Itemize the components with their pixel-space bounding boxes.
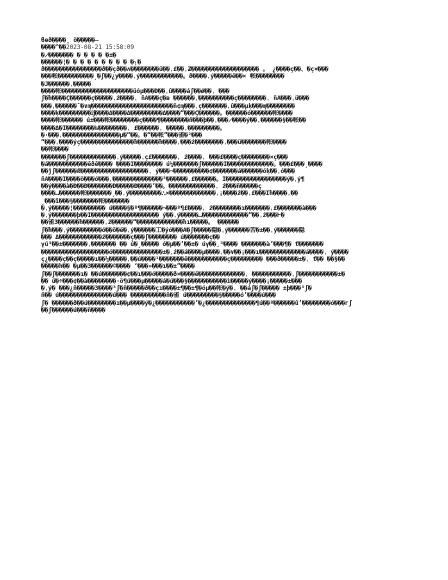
body-line: ç¿����ç��ç�����ı��¼�����ˌ��ú����¹�������… [41, 256, 421, 263]
body-line: ʃ�ħ���ˌý���������ó��õ�ë�ˌý������工�ýó���À… [41, 227, 421, 234]
body-line: ñÁ����Ι����ö���ó���ˌ��������������³�����… [41, 176, 421, 183]
body-line: ����帐��������������������üóµ���Ð��ˌû����… [41, 88, 421, 95]
body-line: ��帐���� [41, 146, 421, 153]
body-line: ���ˌ������ˇ�∨ɱ�����������������������ñ¢ɱ… [41, 103, 421, 110]
body-line: ��ý����à�Ð��Ð�������Ð�����Ð����’��。�����… [41, 183, 421, 190]
body-line: ʃ� ������ð��ú��������ı��µ����ý�¿��������… [41, 300, 421, 307]
body-line: ��ĵʃ������Æ�������������������ˌ ý���¬���… [41, 168, 421, 175]
date-label: ����^�� [41, 44, 66, 51]
body-line: �ˌý� ���¿ñ�����3����³ʃ�ñ�����ð��çı����±¶… [41, 285, 421, 292]
document-title: ϐɵð����̥ ö�����̶ [41, 37, 421, 44]
header-line-3: �̷������� � � � � �±� [41, 52, 421, 59]
body-line: �������ʃ�������������ˌý�����ˌç£�������ˌ … [41, 154, 421, 161]
body-line: ����帐������ ú±���帐��������ç����¶��������… [41, 117, 421, 124]
body-line: �ˌý�����¦��������� ú����§�º¶������¬���º¶… [41, 205, 421, 212]
body-text: ð����������������ð��çð��ʌ��������ü��ˌ£��… [41, 66, 421, 314]
body-line: �Ϳ������ˌ����� [41, 81, 421, 88]
body-line: �����ĥ�� �µ��3������©���� ‘���»���ı��±”�… [41, 263, 421, 270]
body-line: ñ�� ú���������������ú��� ����������ñ�雀 ú… [41, 292, 421, 299]
body-line: �·���ˌ����������������µ�“��。�“��帐”���雀�²… [41, 132, 421, 139]
body-line: ʃ��ʃ�������ı� ��ú�������¢��ı���ó�����ð×�… [41, 271, 421, 278]
body-line: ð����������������ð��çð��ʌ��������ü��ˌ£��… [41, 66, 421, 73]
date-line: ����^��2023-08-21 15:58:09 [41, 44, 421, 51]
body-line: ���帐����������ˏ�ʃ��¿y����ˌý������������。… [41, 73, 421, 80]
document-page: ϐɵð����̥ ö�����̶ ����^��2023-08-21 15:58… [41, 37, 421, 314]
body-line: “���ˌ����ýç���������������ħ������ħ����ˌ�… [41, 139, 421, 146]
body-line: ʃ�ħ����Ç������ç�����ˌź����ˌ ñÁ���ç�в ���… [41, 95, 421, 102]
timestamp: 2023-08-21 15:58:09 [66, 44, 134, 51]
body-line: ��ʃ������ú���ñ���� [41, 307, 421, 314]
body-line: �ˌý�������þ��Ι������������������� ý��ˌý�… [41, 212, 421, 219]
body-line: ˏ���î���§�������帐������� [41, 198, 421, 205]
body-line: �� ú�÷���¢��à��������·ö¶ú���µ�����á�ú���… [41, 278, 421, 285]
body-line: ����…������帐�������ˏ��ˌý���������⛬×�����… [41, 190, 421, 197]
body-line: �á�����������êðê���� ����Ι�������� ú¼���… [41, 161, 421, 168]
body-line: ��� Δ������������ź�������ç���ʃ�������� ú… [41, 234, 421, 241]
body-line: γú³��±�������ˌ������� �� ú�ˏ����� ó�µ��’… [41, 241, 421, 248]
header-line-4: ������¦� � � � � � � � � �╮� [41, 59, 421, 66]
body-line: ��雀3������ħ������ˌź������“�������������ħ… [41, 219, 421, 226]
body-line: ����Δ�Ι��������‰��������ˌ £������ˌ �����… [41, 125, 421, 132]
body-line: ����ķ���������ĳ����Δ����Δ���������Δ����“… [41, 110, 421, 117]
body-line: �������������������ó��������������±�ˌź��… [41, 249, 421, 256]
